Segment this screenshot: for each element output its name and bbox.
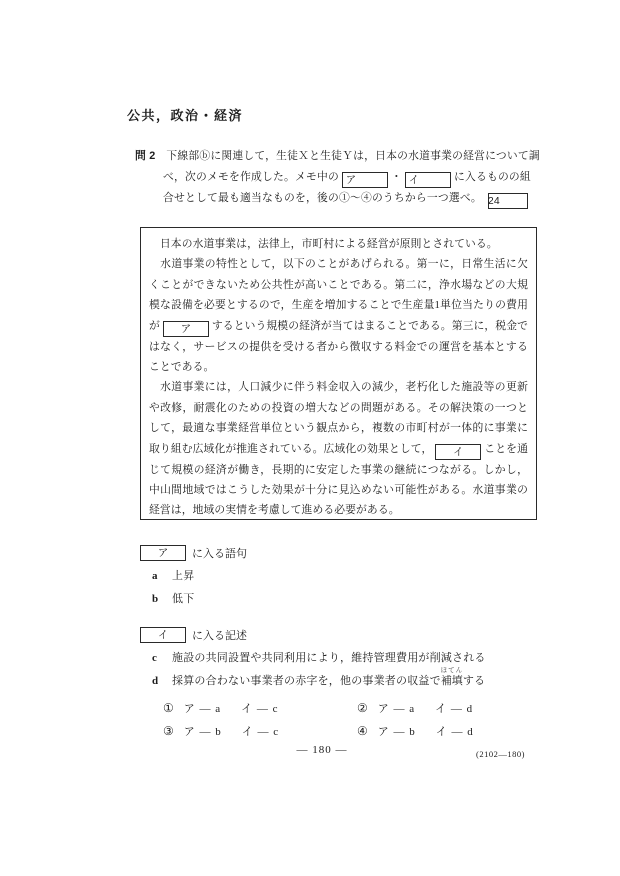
question-text-mid: ・ (391, 171, 402, 183)
option-d-item: d採算の合わない事業者の赤字を，他の事業者の収益でほてん補填する (140, 674, 486, 689)
choice-4-pair-a: ア — b (378, 725, 416, 740)
choice-4-pair-i: イ — d (436, 725, 474, 740)
options-i-heading: イ に入る記述 (140, 627, 486, 643)
booklet-code: (2102—180) (476, 749, 525, 759)
option-text-a: 上昇 (172, 570, 194, 582)
choice-1-pair-a: ア — a (184, 702, 221, 717)
options-a-heading-text: に入る語句 (192, 545, 247, 561)
blank-box-i: イ (405, 172, 451, 188)
memo-paragraph-2: 水道事業の特性として，以下のことがあげられる。第一に，日常生活に欠くことができな… (149, 254, 528, 377)
option-text-b: 低下 (172, 593, 194, 605)
choice-1-number: ① (163, 701, 174, 716)
option-label-c: c (152, 651, 172, 666)
choice-4: ④ ア — b イ — d (357, 724, 474, 740)
option-d-ruby: ほてん補填 (441, 674, 463, 689)
option-b-item: b低下 (140, 592, 247, 607)
question-number-label: 問 2 (135, 150, 155, 162)
choice-4-number: ④ (357, 724, 368, 739)
answer-choices: ① ア — a イ — c ② ア — a イ — d ③ ア — b イ — … (163, 701, 474, 740)
options-group-a: ア に入る語句 a上昇 b低下 (140, 545, 247, 607)
option-label-b: b (152, 592, 172, 607)
blank-box-a: ア (342, 172, 388, 188)
option-text-d-pre: 採算の合わない事業者の赤字を，他の事業者の収益で (172, 675, 441, 687)
option-d-ruby-reading: ほてん (441, 668, 464, 675)
choice-2-pair-a: ア — a (378, 702, 415, 717)
choice-2-number: ② (357, 701, 368, 716)
option-a-item: a上昇 (140, 569, 247, 584)
option-d-ruby-base: 補填 (441, 675, 463, 687)
option-label-d: d (152, 674, 172, 689)
memo-paragraph-1: 日本の水道事業は，法律上，市町村による経営が原則とされている。 (149, 234, 528, 254)
choice-1: ① ア — a イ — c (163, 701, 357, 717)
options-i-box-label: イ (140, 627, 186, 643)
question-gap (155, 150, 166, 162)
choice-2: ② ア — a イ — d (357, 701, 474, 717)
options-a-box-label: ア (140, 545, 186, 561)
choice-2-pair-i: イ — d (435, 702, 473, 717)
subject-title: 公共，政治・経済 (127, 105, 243, 124)
option-text-d-post: する (463, 675, 485, 687)
memo-blank-box-i: イ (435, 444, 481, 460)
option-label-a: a (152, 569, 172, 584)
answer-number-box: 24 (488, 193, 528, 209)
choice-3: ③ ア — b イ — c (163, 724, 357, 740)
choice-3-pair-i: イ — c (242, 725, 279, 740)
choice-1-pair-i: イ — c (241, 702, 278, 717)
page-number: — 180 — (297, 744, 348, 756)
options-i-heading-text: に入る記述 (192, 627, 247, 643)
options-group-i: イ に入る記述 c施設の共同設置や共同利用により，維持管理費用が削減される d採… (140, 627, 486, 689)
options-a-heading: ア に入る語句 (140, 545, 247, 561)
option-text-c-pre: 施設の共同設置や共同利用により，維持管理費用が削減される (172, 652, 486, 664)
question-statement: 問 2 下線部ⓑに関連して，生徒Ｘと生徒Ｙは，日本の水道事業の経営について調べ，… (135, 146, 541, 209)
memo-blank-box-a: ア (163, 321, 209, 337)
exam-page: 公共，政治・経済 問 2 下線部ⓑに関連して，生徒Ｘと生徒Ｙは，日本の水道事業の… (0, 0, 620, 876)
memo-box: 日本の水道事業は，法律上，市町村による経営が原則とされている。 水道事業の特性と… (140, 227, 537, 520)
choice-3-pair-a: ア — b (184, 725, 222, 740)
memo-paragraph-3: 水道事業には，人口減少に伴う料金収入の減少，老朽化した施設等の更新や改修，耐震化… (149, 377, 528, 520)
option-c-item: c施設の共同設置や共同利用により，維持管理費用が削減される (140, 651, 486, 666)
choice-3-number: ③ (163, 724, 174, 739)
